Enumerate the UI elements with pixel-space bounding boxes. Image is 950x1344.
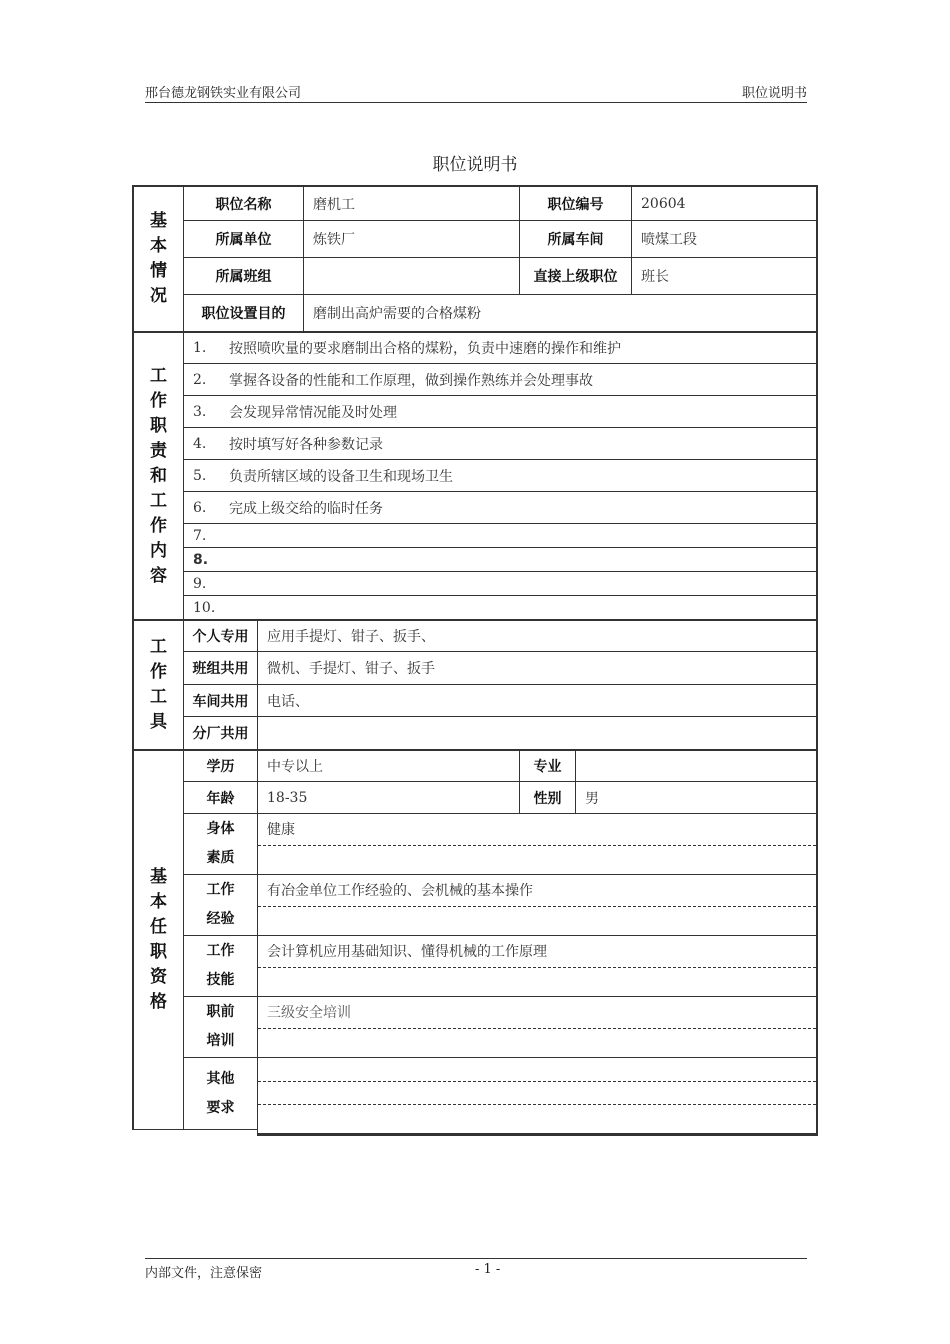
section-qualifications: 基本任职资格 <box>132 749 184 1130</box>
label-major: 专业 <box>519 749 576 782</box>
duty-item: 1.按照喷吹量的要求磨制出合格的煤粉，负责中速磨的操作和维护 <box>183 331 818 364</box>
value-team <box>303 257 520 295</box>
value-age: 18-35 <box>257 781 520 814</box>
value-position-name: 磨机工 <box>303 185 520 221</box>
label-team-tools: 班组共用 <box>183 651 258 685</box>
dashed-divider <box>258 1104 816 1105</box>
label-workshop-tools: 车间共用 <box>183 684 258 717</box>
value-purpose: 磨制出高炉需要的合格煤粉 <box>303 294 818 332</box>
dashed-divider <box>258 906 816 907</box>
dashed-divider <box>258 845 816 846</box>
value-workshop-tools: 电话、 <box>257 684 818 717</box>
label-position-code: 职位编号 <box>519 185 632 221</box>
label-supervisor: 直接上级职位 <box>519 257 632 295</box>
value-position-code: 20604 <box>631 185 818 221</box>
duty-item: 6.完成上级交给的临时任务 <box>183 491 818 524</box>
label-personal-tools: 个人专用 <box>183 619 258 652</box>
value-other <box>257 1057 818 1136</box>
value-personal-tools: 应用手提灯、钳子、扳手、 <box>257 619 818 652</box>
value-skills: 会计算机应用基础知识、懂得机械的工作原理 <box>257 935 818 997</box>
confidential-note: 内部文件，注意保密 <box>145 1262 262 1281</box>
value-gender: 男 <box>575 781 818 814</box>
duty-item: 9. <box>183 571 818 596</box>
label-other: 其他要求 <box>183 1057 258 1130</box>
duty-item: 10. <box>183 595 818 620</box>
value-experience: 有冶金单位工作经验的、会机械的基本操作 <box>257 874 818 936</box>
label-age: 年龄 <box>183 781 258 814</box>
value-team-tools: 微机、手提灯、钳子、扳手 <box>257 651 818 685</box>
label-training: 职前培训 <box>183 996 258 1058</box>
duty-item: 3.会发现异常情况能及时处理 <box>183 395 818 428</box>
label-team: 所属班组 <box>183 257 304 295</box>
label-skills: 工作技能 <box>183 935 258 997</box>
value-training: 三级安全培训 <box>257 996 818 1058</box>
duty-item: 2.掌握各设备的性能和工作原理，做到操作熟练并会处理事故 <box>183 363 818 396</box>
document-title: 职位说明书 <box>0 150 950 175</box>
dashed-divider <box>258 967 816 968</box>
value-supervisor: 班长 <box>631 257 818 295</box>
page-header: 邢台德龙钢铁实业有限公司 职位说明书 <box>145 82 807 103</box>
label-purpose: 职位设置目的 <box>183 294 304 332</box>
label-experience: 工作经验 <box>183 874 258 936</box>
value-workshop: 喷煤工段 <box>631 220 818 258</box>
duty-item: 4.按时填写好各种参数记录 <box>183 427 818 460</box>
company-name: 邢台德龙钢铁实业有限公司 <box>145 82 301 101</box>
value-physical: 健康 <box>257 813 818 875</box>
page-footer: 内部文件，注意保密 - 1 - <box>145 1258 807 1259</box>
section-basic-info: 基本情况 <box>132 185 184 332</box>
value-education: 中专以上 <box>257 749 520 782</box>
duty-item: 5.负责所辖区域的设备卫生和现场卫生 <box>183 459 818 492</box>
value-unit: 炼铁厂 <box>303 220 520 258</box>
label-gender: 性别 <box>519 781 576 814</box>
duty-item: 7. <box>183 523 818 548</box>
label-plant-tools: 分厂共用 <box>183 716 258 750</box>
label-education: 学历 <box>183 749 258 782</box>
label-unit: 所属单位 <box>183 220 304 258</box>
value-plant-tools <box>257 716 818 750</box>
duty-item: 8. <box>183 547 818 572</box>
section-duties: 工作职责和工作内容 <box>132 331 184 620</box>
label-position-name: 职位名称 <box>183 185 304 221</box>
page-number: - 1 - <box>475 1262 500 1277</box>
label-workshop: 所属车间 <box>519 220 632 258</box>
label-physical: 身体素质 <box>183 813 258 875</box>
dashed-divider <box>258 1028 816 1029</box>
dashed-divider <box>258 1081 816 1082</box>
value-major <box>575 749 818 782</box>
header-doc-type: 职位说明书 <box>742 82 807 101</box>
section-tools: 工作工具 <box>132 619 184 750</box>
